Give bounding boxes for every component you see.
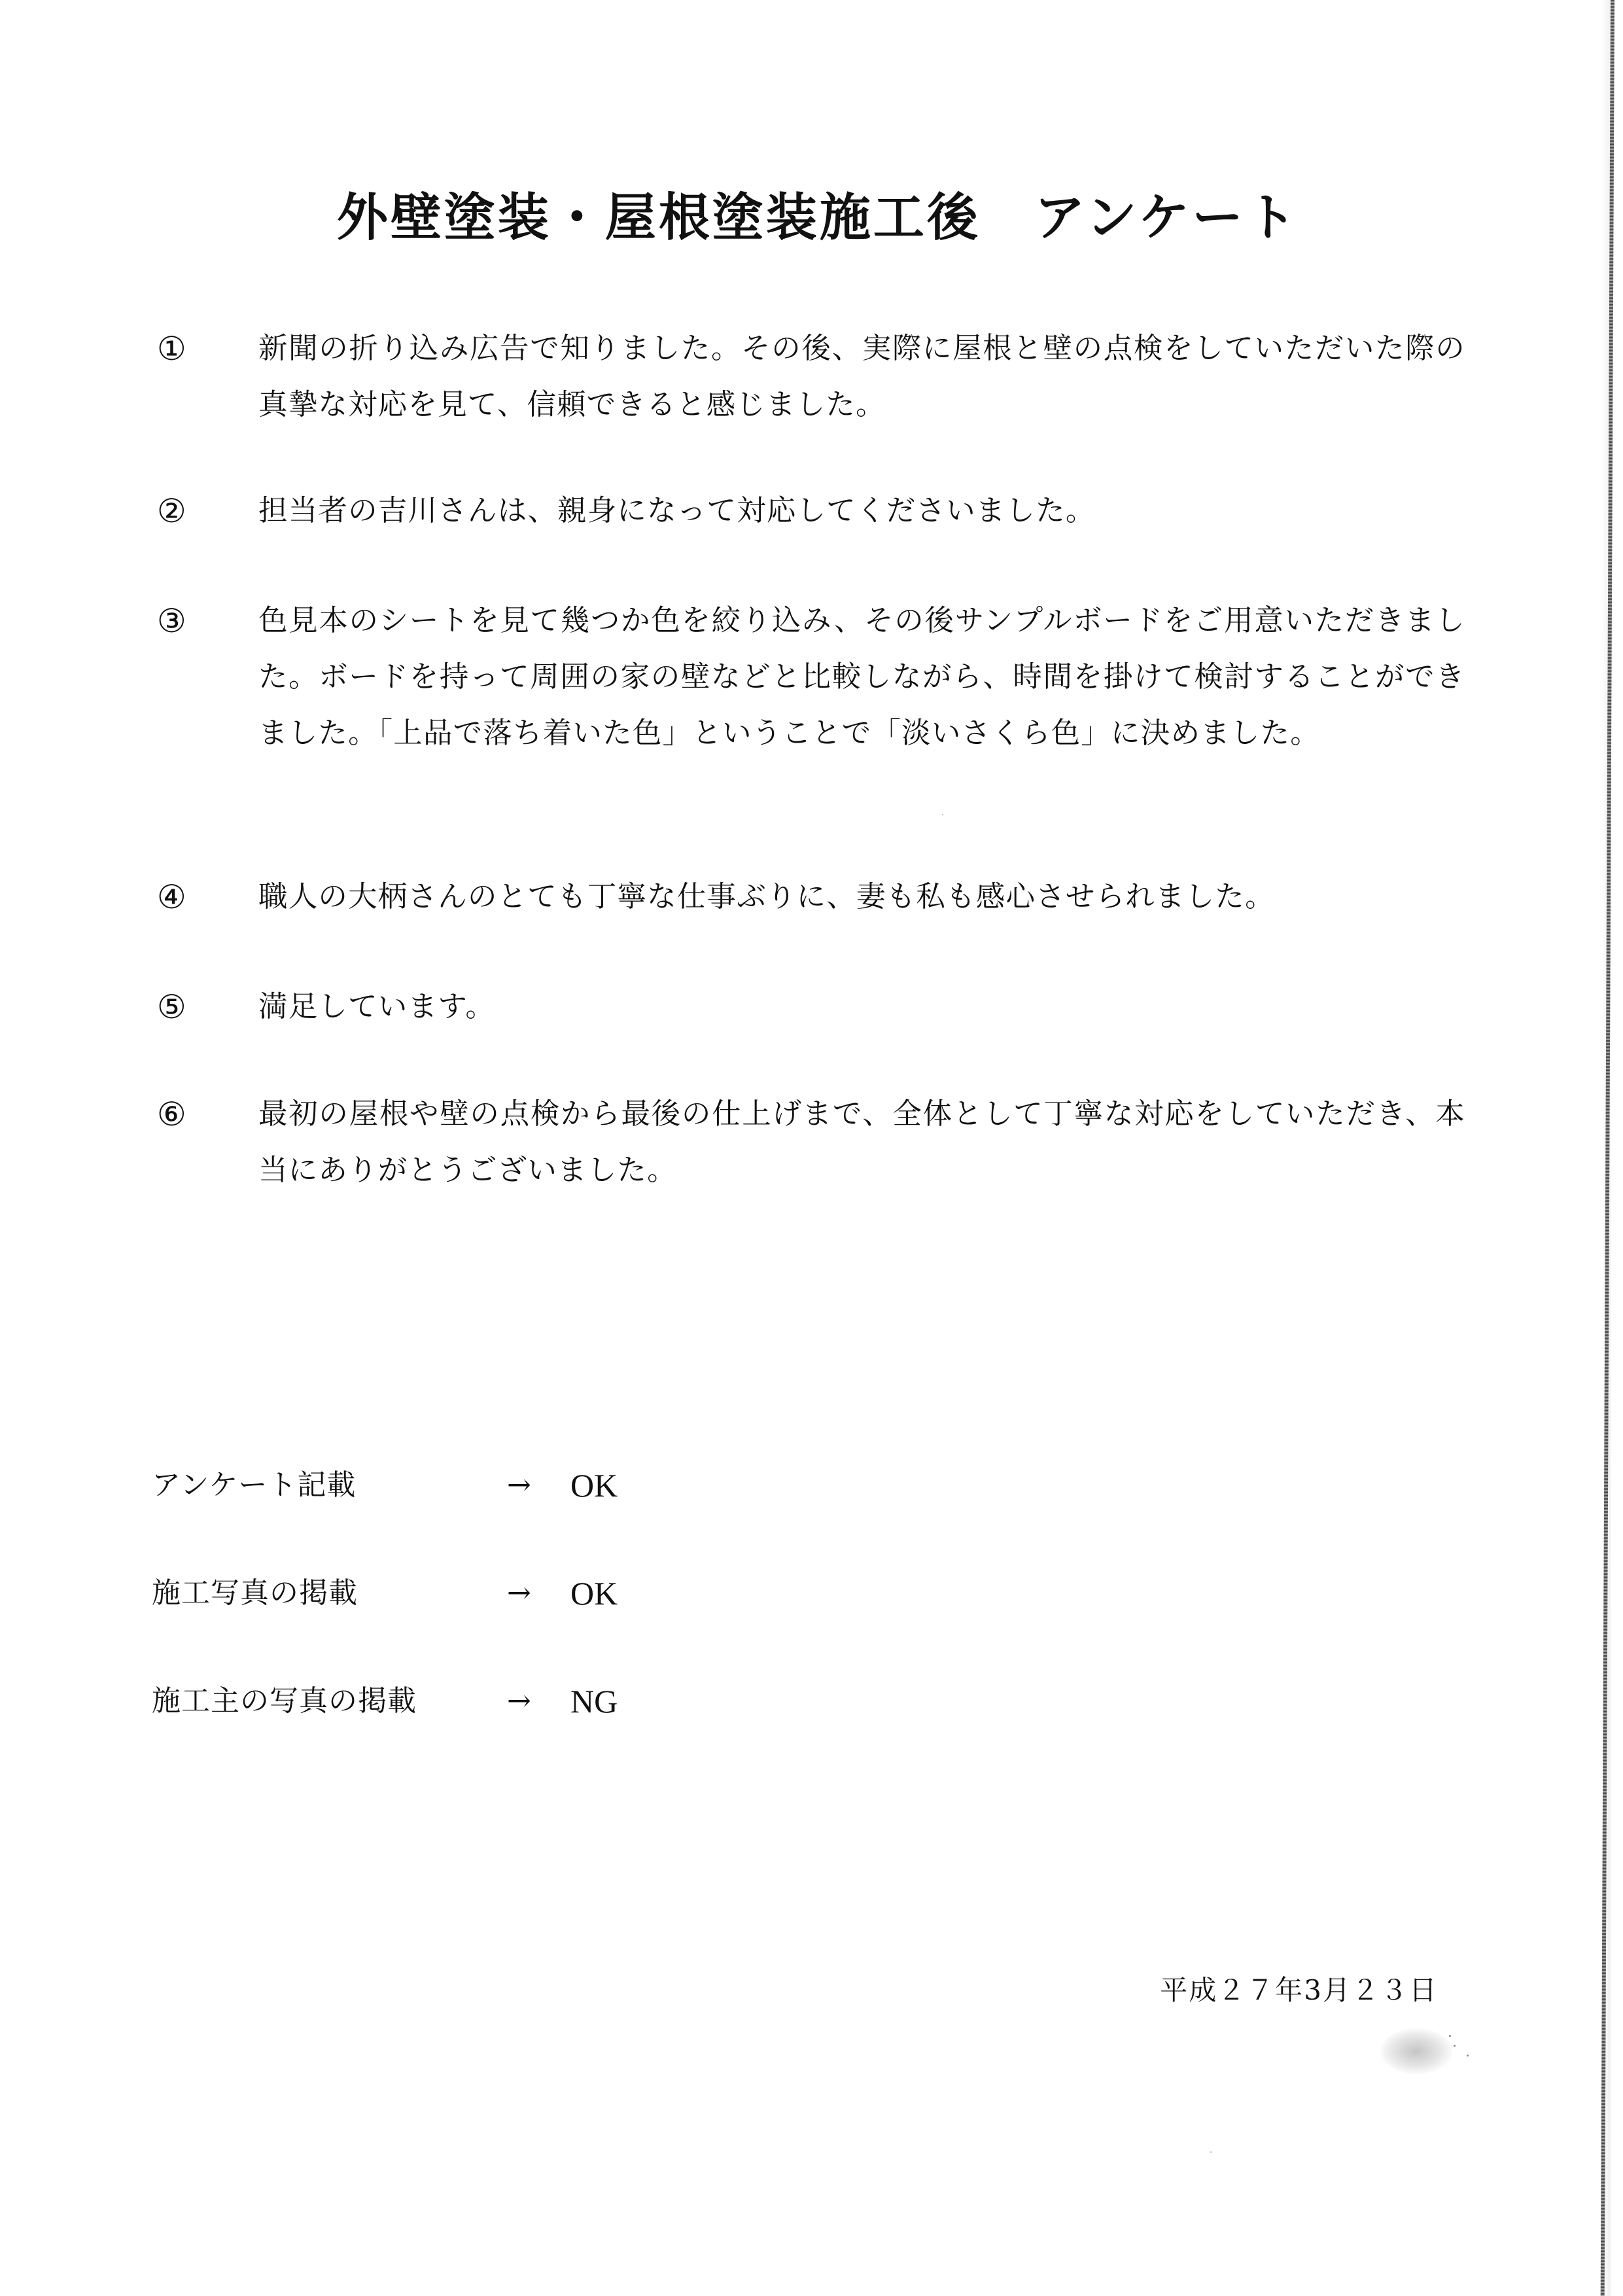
answer-number: ⑤ <box>157 979 222 1035</box>
answer-number: ③ <box>157 593 222 649</box>
document-date: 平成２７年3月２３日 <box>1160 1964 1438 2017</box>
answer-number: ⑥ <box>157 1086 222 1142</box>
permission-status: OK <box>570 1459 618 1511</box>
document-title: 外壁塗装・屋根塗装施工後 アンケート <box>0 185 1623 251</box>
answer-number: ① <box>157 321 222 377</box>
arrow-right-icon: → <box>507 1459 531 1511</box>
answer-text: 新聞の折り込み広告で知りました。その後、実際に屋根と壁の点検をしていただいた際の… <box>222 321 1465 433</box>
answer-item-4: ④ 職人の大柄さんのとても丁寧な仕事ぶりに、妻も私も感心させられました。 <box>157 869 1465 925</box>
permission-label: 施工写真の掲載 <box>152 1567 358 1619</box>
arrow-right-icon: → <box>507 1675 531 1727</box>
answer-item-1: ① 新聞の折り込み広告で知りました。その後、実際に屋根と壁の点検をしていただいた… <box>157 321 1465 433</box>
answer-text: 担当者の吉川さんは、親身になって対応してくださいました。 <box>222 483 1465 539</box>
permission-row-owner-photos: 施工主の写真の掲載 → NG <box>152 1675 937 1727</box>
answer-item-5: ⑤ 満足しています。 <box>157 979 1465 1035</box>
arrow-right-icon: → <box>507 1567 531 1619</box>
answer-number: ④ <box>157 869 222 925</box>
answer-text: 職人の大柄さんのとても丁寧な仕事ぶりに、妻も私も感心させられました。 <box>222 869 1465 925</box>
answer-item-6: ⑥ 最初の屋根や壁の点検から最後の仕上げまで、全体として丁寧な対応をしていただき… <box>157 1086 1465 1199</box>
permission-status: NG <box>570 1675 618 1727</box>
scan-speck <box>1210 2151 1212 2153</box>
scan-speck <box>1467 2055 1469 2057</box>
redacted-signature <box>1380 2028 1452 2074</box>
scan-speck <box>942 814 943 815</box>
scanned-document-page: 外壁塗装・屋根塗装施工後 アンケート ① 新聞の折り込み広告で知りました。その後… <box>0 0 1623 2296</box>
answer-item-3: ③ 色見本のシートを見て幾つか色を絞り込み、その後サンプルボードをご用意いただき… <box>157 593 1465 762</box>
permission-status: OK <box>570 1567 618 1619</box>
permission-row-construction-photos: 施工写真の掲載 → OK <box>152 1567 937 1619</box>
scan-speck <box>1449 2035 1451 2037</box>
answer-number: ② <box>157 483 222 539</box>
permission-label: 施工主の写真の掲載 <box>152 1675 417 1727</box>
answer-text: 最初の屋根や壁の点検から最後の仕上げまで、全体として丁寧な対応をしていただき、本… <box>222 1086 1465 1199</box>
permission-label: アンケート記載 <box>152 1459 356 1511</box>
permission-row-survey: アンケート記載 → OK <box>152 1459 937 1511</box>
answer-item-2: ② 担当者の吉川さんは、親身になって対応してくださいました。 <box>157 483 1465 539</box>
scan-speck <box>1454 2045 1456 2047</box>
answer-text: 色見本のシートを見て幾つか色を絞り込み、その後サンプルボードをご用意いただきまし… <box>222 593 1465 762</box>
answer-text: 満足しています。 <box>222 979 1465 1035</box>
